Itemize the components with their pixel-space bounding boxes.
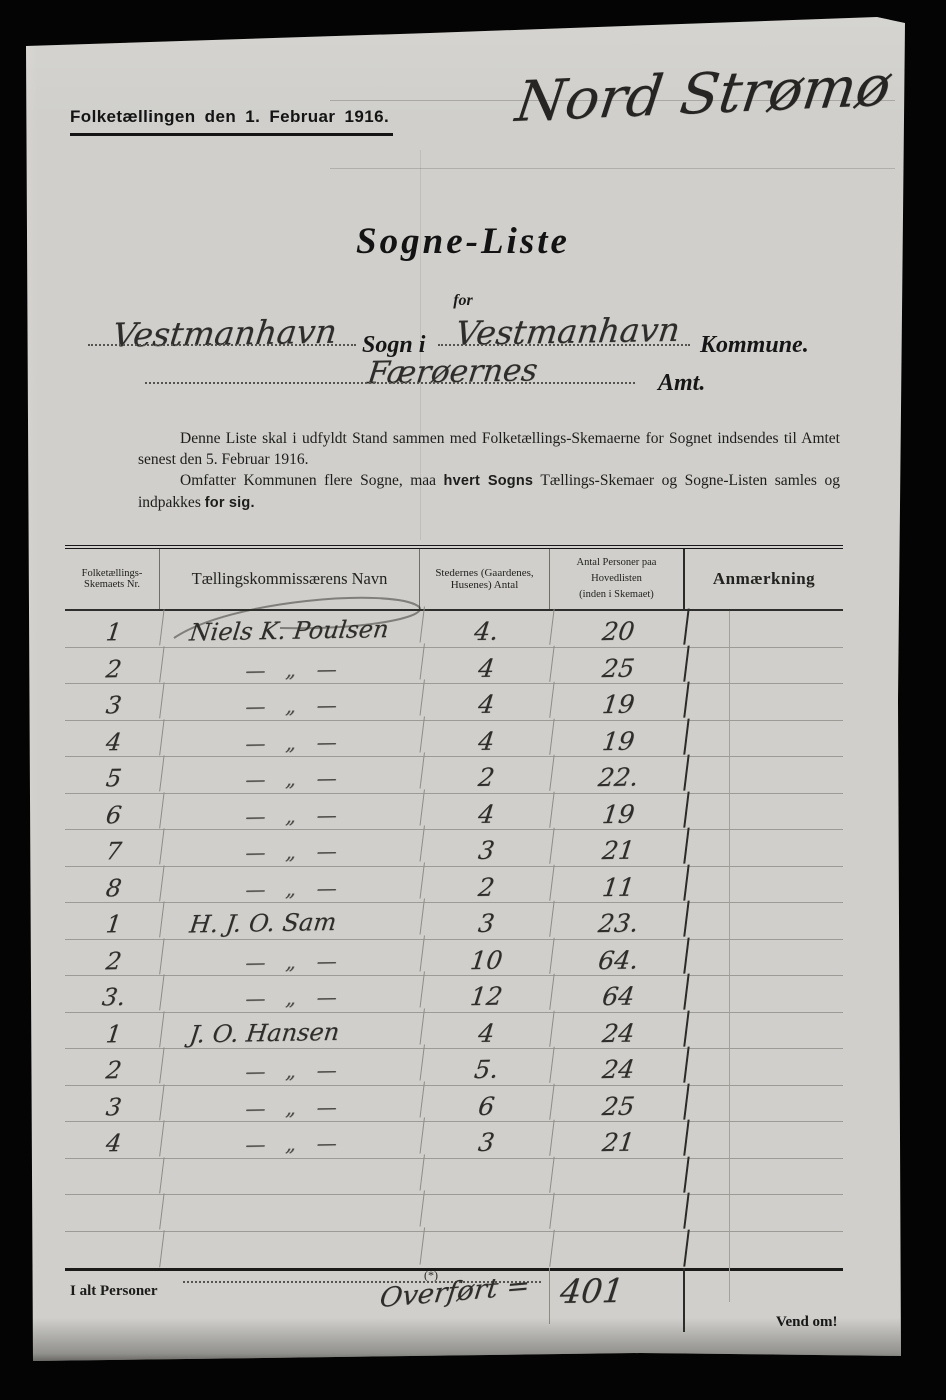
cell-anmaerkning: [730, 757, 843, 793]
amt-label: Amt.: [658, 370, 705, 397]
cell-skema-nr: 2: [65, 646, 165, 683]
cell-anmaerkning: [730, 1086, 843, 1122]
table-row: 1 H. J. O. Sam 3 23.: [65, 903, 843, 940]
cell-kommissaer-navn: — „ —: [160, 935, 425, 975]
cell-kommissaer-navn: — „ —: [160, 825, 425, 865]
cell-anmaerkning-sub: [685, 903, 730, 939]
cell-antal-personer: 64: [550, 974, 690, 1012]
page-bottom-shadow: [0, 1318, 946, 1362]
table-row: 4 — „ — 4 19: [65, 721, 843, 758]
cell-kommissaer-navn: — „ —: [160, 643, 425, 683]
cell-steder-antal: 4: [420, 1010, 555, 1048]
table-row: 2 — „ — 10 64.: [65, 940, 843, 977]
cell-antal-personer: 22.: [550, 755, 690, 793]
cell-kommissaer-navn: — „ —: [160, 971, 425, 1011]
form-for-label: for: [283, 292, 643, 310]
cell-anmaerkning: [730, 1049, 843, 1085]
cell-anmaerkning: [730, 867, 843, 903]
cell-anmaerkning: [730, 1122, 843, 1158]
cell-anmaerkning-sub: [685, 1159, 730, 1195]
cell-kommissaer-navn: [160, 1154, 425, 1194]
cell-anmaerkning: [730, 1195, 843, 1231]
instructions-paragraph-1: Denne Liste skal i udfyldt Stand sammen …: [138, 428, 840, 470]
table-header-row: Folketællings- Skemaets Nr. Tællingskomm…: [65, 545, 843, 611]
cell-steder-antal: 2: [420, 755, 555, 793]
table-row: 5 — „ — 2 22.: [65, 757, 843, 794]
amt-fill-in: Færøernes: [330, 352, 575, 392]
cell-anmaerkning: [730, 976, 843, 1012]
cell-kommissaer-navn: [160, 1190, 425, 1230]
cell-anmaerkning: [730, 1232, 843, 1269]
cell-steder-antal: 4: [420, 791, 555, 829]
cell-steder-antal: [420, 1193, 555, 1231]
cell-kommissaer-navn: — „ —: [160, 1044, 425, 1084]
sogn-fill-line: [88, 344, 356, 346]
cell-anmaerkning-sub: [685, 940, 730, 976]
cell-kommissaer-navn: — „ —: [160, 716, 425, 756]
cell-anmaerkning-sub: [685, 1049, 730, 1085]
table-row: 1 J. O. Hansen 4 24: [65, 1013, 843, 1050]
cell-skema-nr: 5: [65, 755, 165, 792]
column-header-steder-antal: Stedernes (Gaardenes, Husenes) Antal: [420, 549, 550, 609]
cell-skema-nr: 2: [65, 1047, 165, 1084]
cell-anmaerkning-sub: [685, 867, 730, 903]
instructions-paragraph-2: Omfatter Kommunen flere Sogne, maa hvert…: [138, 470, 840, 514]
cell-anmaerkning-sub: [685, 757, 730, 793]
kommune-fill-in: Vestmanhavn: [440, 310, 695, 353]
column-header-antal-personer: Antal Personer paa Hovedlisten (inden i …: [550, 549, 685, 609]
table-row: [65, 1159, 843, 1196]
cell-anmaerkning: [730, 1159, 843, 1195]
scan-background: Folketællingen den 1. Februar 1916. Nord…: [0, 0, 946, 1400]
form-title: Sogne-Liste: [283, 220, 643, 263]
cell-antal-personer: 64.: [550, 937, 690, 975]
cell-anmaerkning-sub: [685, 1013, 730, 1049]
cell-anmaerkning-sub: [685, 1086, 730, 1122]
cell-antal-personer: [550, 1156, 690, 1194]
table-body: 1 Niels K. Poulsen 4. 20 2 — „ — 4 25 3 …: [65, 611, 843, 1271]
cell-kommissaer-navn: [160, 1227, 425, 1268]
cell-steder-antal: 3: [420, 1120, 555, 1158]
table-row: 3 — „ — 6 25: [65, 1086, 843, 1123]
cell-skema-nr: 8: [65, 865, 165, 902]
cell-skema-nr: 6: [65, 792, 165, 829]
cell-antal-personer: 19: [550, 682, 690, 720]
cell-kommissaer-navn: — „ —: [160, 752, 425, 792]
cell-steder-antal: 2: [420, 864, 555, 902]
cell-anmaerkning: [730, 648, 843, 684]
cell-skema-nr: 3: [65, 1084, 165, 1121]
cell-steder-antal: 3: [420, 828, 555, 866]
cell-anmaerkning: [730, 611, 843, 647]
column-header-anmaerkning: Anmærkning: [685, 549, 843, 609]
cell-skema-nr: 1: [65, 609, 165, 646]
instructions-text-2a: Omfatter Kommunen flere Sogne, maa: [180, 472, 444, 489]
instructions-bold-for-sig: for sig.: [205, 495, 255, 511]
cell-antal-personer: 19: [550, 718, 690, 756]
instructions-text-1: Denne Liste skal i udfyldt Stand sammen …: [138, 430, 840, 468]
table-row: 4 — „ — 3 21: [65, 1122, 843, 1159]
cell-steder-antal: 4: [420, 645, 555, 683]
cell-skema-nr: [65, 1193, 165, 1230]
cell-steder-antal: 5.: [420, 1047, 555, 1085]
cell-anmaerkning-sub: [685, 648, 730, 684]
cell-steder-antal: 3: [420, 901, 555, 939]
cell-antal-personer: 24: [550, 1010, 690, 1048]
cell-anmaerkning: [730, 940, 843, 976]
cell-anmaerkning: [730, 721, 843, 757]
cell-anmaerkning-sub: [685, 976, 730, 1012]
cell-anmaerkning-sub: [685, 794, 730, 830]
cell-antal-personer: [550, 1193, 690, 1231]
cell-kommissaer-navn: — „ —: [160, 1081, 425, 1121]
cell-anmaerkning-sub: [685, 1122, 730, 1158]
cell-anmaerkning-sub: [685, 684, 730, 720]
table-row: 3 — „ — 4 19: [65, 684, 843, 721]
table-row: 2 — „ — 4 25: [65, 648, 843, 685]
cell-skema-nr: 7: [65, 828, 165, 865]
cell-steder-antal: 4.: [420, 609, 555, 647]
table-row: 3. — „ — 12 64: [65, 976, 843, 1013]
cell-antal-personer: 20: [550, 609, 690, 647]
cell-antal-personer: 19: [550, 791, 690, 829]
cell-skema-nr: [65, 1157, 165, 1194]
cell-anmaerkning: [730, 684, 843, 720]
column-header-navn: Tællingskommissærens Navn: [160, 549, 420, 609]
cell-kommissaer-navn: Niels K. Poulsen: [160, 606, 425, 646]
table-row: 1 Niels K. Poulsen 4. 20: [65, 611, 843, 648]
cell-antal-personer: 11: [550, 864, 690, 902]
cell-skema-nr: [65, 1230, 165, 1268]
column-line-extension: [729, 1268, 730, 1302]
cell-skema-nr: 3.: [65, 974, 165, 1011]
amt-fill-line: [145, 382, 635, 384]
cell-steder-antal: [420, 1229, 555, 1268]
cell-antal-personer: 24: [550, 1047, 690, 1085]
table-row: 2 — „ — 5. 24: [65, 1049, 843, 1086]
cell-antal-personer: 25: [550, 645, 690, 683]
table-row: 8 — „ — 2 11: [65, 867, 843, 904]
column-header-skema-nr: Folketællings- Skemaets Nr.: [65, 549, 160, 609]
cell-kommissaer-navn: — „ —: [160, 862, 425, 902]
cell-kommissaer-navn: — „ —: [160, 679, 425, 719]
cell-anmaerkning: [730, 830, 843, 866]
cell-antal-personer: 21: [550, 828, 690, 866]
handwritten-total-value: 401: [558, 1271, 626, 1311]
form-edition-headline: Folketællingen den 1. Februar 1916.: [70, 107, 393, 136]
cell-kommissaer-navn: — „ —: [160, 1117, 425, 1157]
cell-steder-antal: 12: [420, 974, 555, 1012]
cell-kommissaer-navn: — „ —: [160, 789, 425, 829]
instructions-bold-hvert-sogns: hvert Sogns: [444, 473, 534, 489]
cell-kommissaer-navn: J. O. Hansen: [160, 1008, 425, 1048]
cell-anmaerkning: [730, 903, 843, 939]
sogn-fill-in: Vestmanhavn: [88, 311, 361, 355]
cell-anmaerkning-sub: [685, 830, 730, 866]
cell-anmaerkning-sub: [685, 1195, 730, 1231]
total-persons-label: I alt Personer: [70, 1283, 157, 1300]
cell-anmaerkning-sub: [685, 611, 730, 647]
cell-anmaerkning: [730, 1013, 843, 1049]
document-page: Folketællingen den 1. Februar 1916. Nord…: [0, 0, 946, 1400]
cell-anmaerkning-sub: [685, 1232, 730, 1269]
cell-skema-nr: 4: [65, 719, 165, 756]
instructions-paragraphs: Denne Liste skal i udfyldt Stand sammen …: [138, 428, 840, 514]
cell-steder-antal: 6: [420, 1083, 555, 1121]
cell-anmaerkning: [730, 794, 843, 830]
cell-skema-nr: 1: [65, 901, 165, 938]
kommune-fill-line: [438, 344, 690, 346]
cell-steder-antal: 4: [420, 718, 555, 756]
cell-steder-antal: 10: [420, 937, 555, 975]
table-row: [65, 1195, 843, 1232]
kommune-label: Kommune.: [700, 332, 809, 359]
table-row: [65, 1232, 843, 1269]
cell-kommissaer-navn: H. J. O. Sam: [160, 898, 425, 938]
sogne-liste-table: Folketællings- Skemaets Nr. Tællingskomm…: [65, 545, 843, 1271]
cell-steder-antal: [420, 1156, 555, 1194]
cell-skema-nr: 2: [65, 938, 165, 975]
cell-steder-antal: 4: [420, 682, 555, 720]
cell-anmaerkning-sub: [685, 721, 730, 757]
cell-skema-nr: 3: [65, 682, 165, 719]
cell-antal-personer: 21: [550, 1120, 690, 1158]
table-row: 6 — „ — 4 19: [65, 794, 843, 831]
cell-antal-personer: [550, 1229, 690, 1268]
cell-antal-personer: 23.: [550, 901, 690, 939]
cell-antal-personer: 25: [550, 1083, 690, 1121]
column-line-extension: [549, 1268, 550, 1324]
cell-skema-nr: 1: [65, 1011, 165, 1048]
table-row: 7 — „ — 3 21: [65, 830, 843, 867]
show-through-line: [330, 168, 895, 169]
cell-skema-nr: 4: [65, 1120, 165, 1157]
